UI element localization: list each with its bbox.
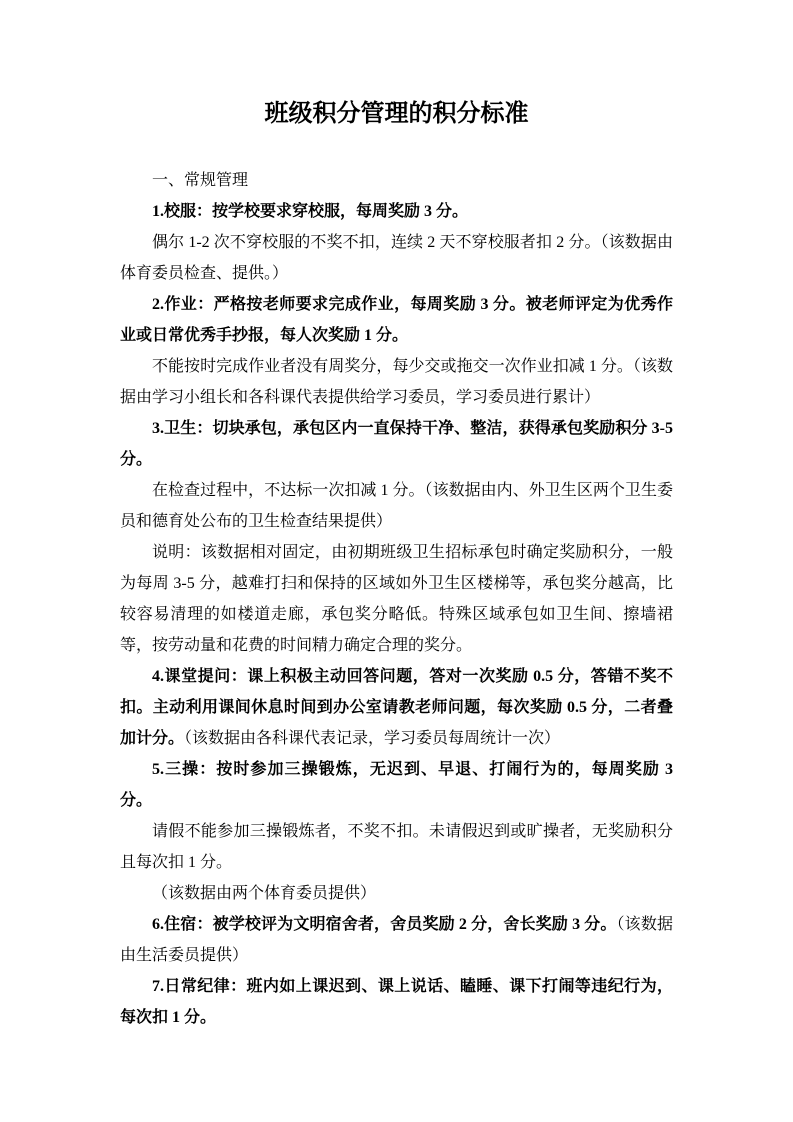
para-rule4-class-questions-normal-text: （该数据由各科课代表记录，学习委员每周统计一次） <box>184 730 560 747</box>
para-rule4-class-questions: 4.课堂提问：课上积极主动回答问题，答对一次奖励 0.5 分，答错不奖不扣。主动… <box>120 661 673 754</box>
para-rule3-explanation-normal-text: 说明：该数据相对固定，由初期班级卫生招标承包时确定奖励积分，一般为每周 3-5 … <box>120 544 673 654</box>
para-rule5-source-normal-text: （该数据由两个体育委员提供） <box>152 885 376 902</box>
para-rule6-dormitory-bold-text: 6.住宿：被学校评为文明宿舍者，舍员奖励 2 分，舍长奖励 3 分。 <box>152 916 617 933</box>
para-rule1-uniform-bold-text: 1.校服：按学校要求穿校服，每周奖励 3 分。 <box>152 203 468 220</box>
para-rule3-explanation: 说明：该数据相对固定，由初期班级卫生招标承包时确定奖励积分，一般为每周 3-5 … <box>120 537 673 661</box>
para-rule7-discipline: 7.日常纪律：班内如上课迟到、课上说话、瞌睡、课下打闹等违纪行为，每次扣 1 分… <box>120 971 673 1033</box>
para-section-one-heading-normal-text: 一、常规管理 <box>152 172 248 189</box>
para-rule3-hygiene: 3.卫生：切块承包，承包区内一直保持干净、整洁，获得承包奖励积分 3-5 分。 <box>120 413 673 475</box>
para-rule2-note: 不能按时完成作业者没有周奖分，每少交或拖交一次作业扣减 1 分。（该数据由学习小… <box>120 351 673 413</box>
para-rule5-exercises-bold-text: 5.三操：按时参加三操锻炼，无迟到、早退、打闹行为的，每周奖励 3 分。 <box>120 761 673 809</box>
para-rule5-source: （该数据由两个体育委员提供） <box>120 878 673 909</box>
para-rule3-note-normal-text: 在检查过程中，不达标一次扣减 1 分。（该数据由内、外卫生区两个卫生委员和德育处… <box>120 482 673 530</box>
para-section-one-heading: 一、常规管理 <box>120 165 673 196</box>
para-rule1-note-normal-text: 偶尔 1-2 次不穿校服的不奖不扣，连续 2 天不穿校服者扣 2 分。（该数据由… <box>120 234 673 282</box>
para-rule2-homework: 2.作业：严格按老师要求完成作业，每周奖励 3 分。被老师评定为优秀作业或日常优… <box>120 289 673 351</box>
para-rule3-hygiene-bold-text: 3.卫生：切块承包，承包区内一直保持干净、整洁，获得承包奖励积分 3-5 分。 <box>120 420 673 468</box>
para-rule2-homework-bold-text: 2.作业：严格按老师要求完成作业，每周奖励 3 分。被老师评定为优秀作业或日常优… <box>120 296 673 344</box>
document-page: 班级积分管理的积分标准 一、常规管理 1.校服：按学校要求穿校服，每周奖励 3 … <box>0 0 793 1122</box>
document-body: 一、常规管理 1.校服：按学校要求穿校服，每周奖励 3 分。 偶尔 1-2 次不… <box>120 165 673 1033</box>
para-rule2-note-normal-text: 不能按时完成作业者没有周奖分，每少交或拖交一次作业扣减 1 分。（该数据由学习小… <box>120 358 673 406</box>
para-rule5-exercises: 5.三操：按时参加三操锻炼，无迟到、早退、打闹行为的，每周奖励 3 分。 <box>120 754 673 816</box>
document-title: 班级积分管理的积分标准 <box>120 95 673 133</box>
para-rule3-note: 在检查过程中，不达标一次扣减 1 分。（该数据由内、外卫生区两个卫生委员和德育处… <box>120 475 673 537</box>
para-rule1-note: 偶尔 1-2 次不穿校服的不奖不扣，连续 2 天不穿校服者扣 2 分。（该数据由… <box>120 227 673 289</box>
para-rule7-discipline-bold-text: 7.日常纪律：班内如上课迟到、课上说话、瞌睡、课下打闹等违纪行为，每次扣 1 分… <box>120 978 673 1026</box>
para-rule6-dormitory: 6.住宿：被学校评为文明宿舍者，舍员奖励 2 分，舍长奖励 3 分。（该数据由生… <box>120 909 673 971</box>
para-rule5-note-normal-text: 请假不能参加三操锻炼者，不奖不扣。未请假迟到或旷操者，无奖励积分且每次扣 1 分… <box>120 823 673 871</box>
para-rule1-uniform: 1.校服：按学校要求穿校服，每周奖励 3 分。 <box>120 196 673 227</box>
para-rule5-note: 请假不能参加三操锻炼者，不奖不扣。未请假迟到或旷操者，无奖励积分且每次扣 1 分… <box>120 816 673 878</box>
